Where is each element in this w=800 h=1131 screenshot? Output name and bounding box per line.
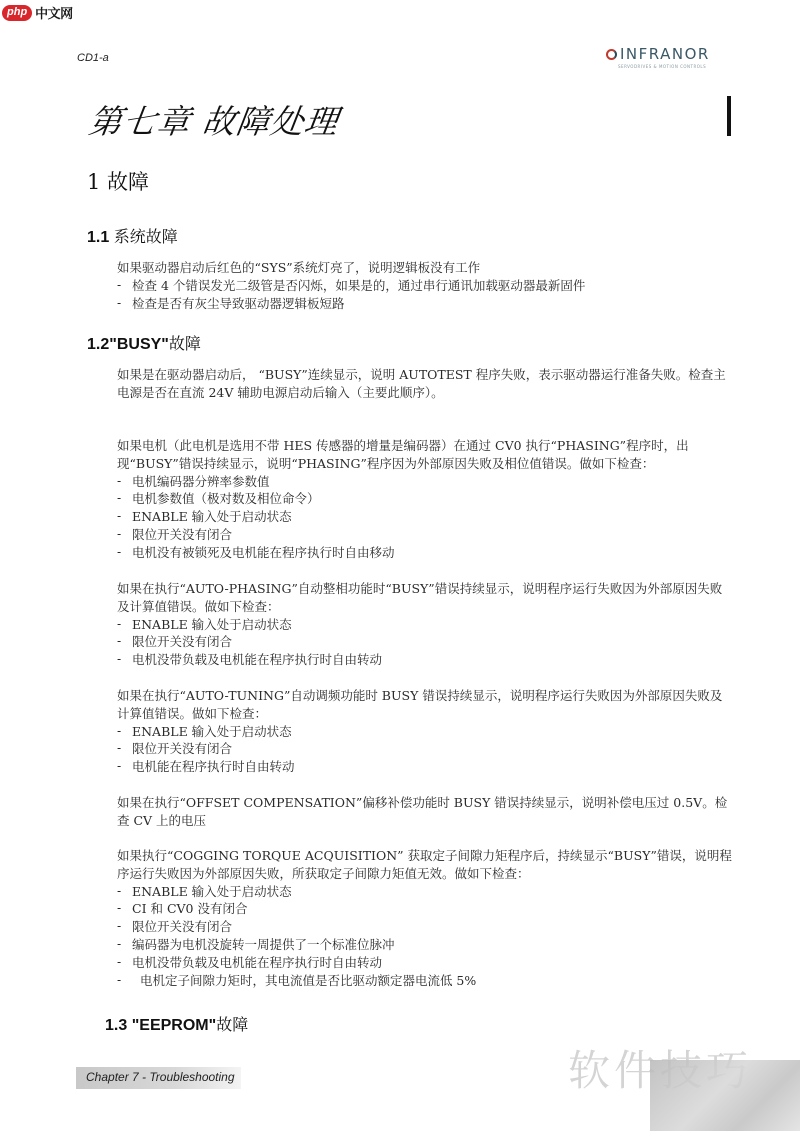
logo-tagline: SERVODRIVES & MOTION CONTROLS xyxy=(618,64,710,69)
blurred-watermark-overlay xyxy=(650,1060,800,1131)
section-title: 故障 xyxy=(216,1015,248,1034)
section-1-1-body: 如果驱动器启动后红色的“SYS”系统灯亮了，说明逻辑板没有工作 检查 4 个错误… xyxy=(117,259,732,312)
paragraph: 如果在执行“OFFSET COMPENSATION”偏移补偿功能时 BUSY 错… xyxy=(117,794,732,830)
check-list: 检查 4 个错误发光二级管是否闪烁，如果是的，通过串行通讯加载驱动器最新固件 检… xyxy=(117,277,732,313)
footer-chapter-label: Chapter 7 - Troubleshooting xyxy=(86,1070,235,1084)
check-list: 电机编码器分辨率参数值 电机参数值（极对数及相位命令） ENABLE 输入处于启… xyxy=(117,473,732,562)
list-item: 电机没有被锁死及电机能在程序执行时自由移动 xyxy=(117,544,732,562)
paragraph: 如果电机（此电机是选用不带 HES 传感器的增量是编码器）在通过 CV0 执行“… xyxy=(117,437,732,473)
section-1-2-para-5: 如果在执行“OFFSET COMPENSATION”偏移补偿功能时 BUSY 错… xyxy=(117,794,732,830)
list-item: 限位开关没有闭合 xyxy=(117,740,732,758)
section-number: 1.2"BUSY" xyxy=(87,336,169,353)
section-1-2-heading: 1.2"BUSY"故障 xyxy=(87,331,201,354)
section-number: 1.1 xyxy=(87,229,109,246)
list-item: 电机定子间隙力矩时，其电流值是否比驱动额定器电流低 5% xyxy=(117,972,732,990)
list-item: ENABLE 输入处于启动状态 xyxy=(117,723,732,741)
margin-change-bar xyxy=(727,96,731,136)
php-badge: php xyxy=(2,5,32,21)
paragraph: 如果在执行“AUTO-PHASING”自动整相功能时“BUSY”错误持续显示，说… xyxy=(117,580,732,616)
check-list: ENABLE 输入处于启动状态 限位开关没有闭合 电机能在程序执行时自由转动 xyxy=(117,723,732,776)
document-code: CD1-a xyxy=(77,52,109,64)
list-item: 检查是否有灰尘导致驱动器逻辑板短路 xyxy=(117,295,732,313)
list-item: 限位开关没有闭合 xyxy=(117,526,732,544)
list-item: ENABLE 输入处于启动状态 xyxy=(117,508,732,526)
list-item: ENABLE 输入处于启动状态 xyxy=(117,883,732,901)
section-1-2-para-4: 如果在执行“AUTO-TUNING”自动调频功能时 BUSY 错误持续显示，说明… xyxy=(117,687,732,776)
section-1-3-heading: 1.3 "EEPROM"故障 xyxy=(105,1012,248,1035)
section-1-2-para-3: 如果在执行“AUTO-PHASING”自动整相功能时“BUSY”错误持续显示，说… xyxy=(117,580,732,669)
section-1-1-heading: 1.1 系统故障 xyxy=(87,224,178,247)
section-1-2-para-1: 如果是在驱动器启动后， “BUSY”连续显示，说明 AUTOTEST 程序失败，… xyxy=(117,366,732,402)
list-item: ENABLE 输入处于启动状态 xyxy=(117,616,732,634)
list-item: 电机编码器分辨率参数值 xyxy=(117,473,732,491)
list-item: 检查 4 个错误发光二级管是否闪烁，如果是的，通过串行通讯加载驱动器最新固件 xyxy=(117,277,732,295)
logo-mark-icon xyxy=(606,49,617,60)
list-item: 限位开关没有闭合 xyxy=(117,633,732,651)
section-number: 1.3 "EEPROM" xyxy=(105,1017,216,1034)
paragraph: 如果在执行“AUTO-TUNING”自动调频功能时 BUSY 错误持续显示，说明… xyxy=(117,687,732,723)
section-1-heading: 1 故障 xyxy=(87,166,149,196)
paragraph: 如果驱动器启动后红色的“SYS”系统灯亮了，说明逻辑板没有工作 xyxy=(117,259,732,277)
paragraph: 如果是在驱动器启动后， “BUSY”连续显示，说明 AUTOTEST 程序失败，… xyxy=(117,366,732,402)
site-name: 中文网 xyxy=(35,3,73,22)
section-title: 故障 xyxy=(169,334,201,353)
list-item: 电机能在程序执行时自由转动 xyxy=(117,758,732,776)
paragraph: 如果执行“COGGING TORQUE ACQUISITION” 获取定子间隙力… xyxy=(117,847,732,883)
check-list: ENABLE 输入处于启动状态 CI 和 CV0 没有闭合 限位开关没有闭合 编… xyxy=(117,883,732,990)
list-item: 电机没带负载及电机能在程序执行时自由转动 xyxy=(117,651,732,669)
list-item: 编码器为电机没旋转一周提供了一个标准位脉冲 xyxy=(117,936,732,954)
site-watermark: php 中文网 xyxy=(2,3,73,22)
check-list: ENABLE 输入处于启动状态 限位开关没有闭合 电机没带负载及电机能在程序执行… xyxy=(117,616,732,669)
chapter-title: 第七章 故障处理 xyxy=(86,96,342,143)
section-title: 系统故障 xyxy=(114,227,178,246)
infranor-logo: INFRANOR SERVODRIVES & MOTION CONTROLS xyxy=(606,45,710,69)
list-item: 限位开关没有闭合 xyxy=(117,918,732,936)
logo-name: INFRANOR xyxy=(620,45,710,63)
section-1-2-para-2: 如果电机（此电机是选用不带 HES 传感器的增量是编码器）在通过 CV0 执行“… xyxy=(117,437,732,562)
list-item: 电机参数值（极对数及相位命令） xyxy=(117,490,732,508)
section-1-2-para-6: 如果执行“COGGING TORQUE ACQUISITION” 获取定子间隙力… xyxy=(117,847,732,989)
list-item: 电机没带负载及电机能在程序执行时自由转动 xyxy=(117,954,732,972)
list-item: CI 和 CV0 没有闭合 xyxy=(117,900,732,918)
